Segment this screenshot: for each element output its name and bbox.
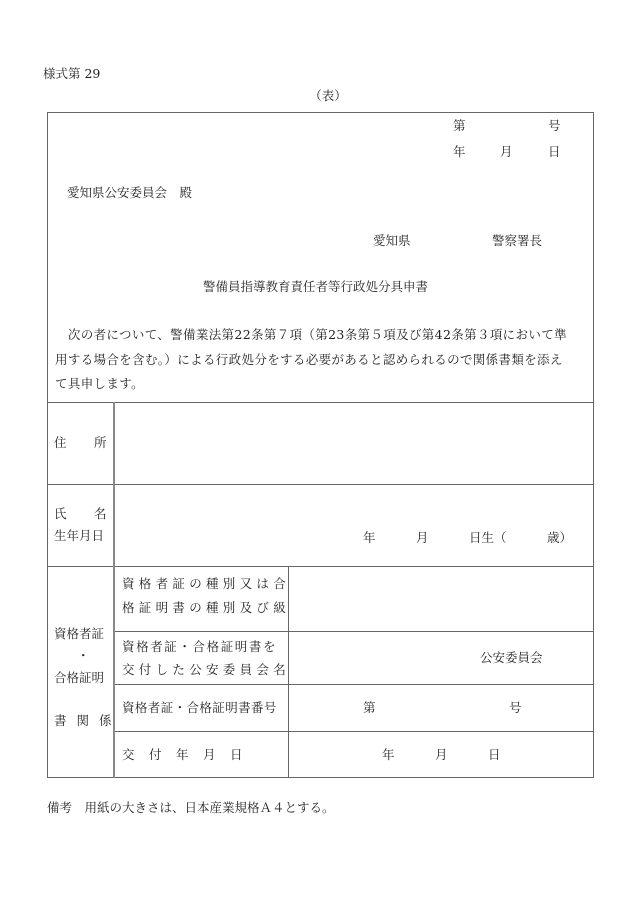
addressee: 愛知県公安委員会 殿 (67, 187, 192, 200)
cert-type-label-line1: 資格者証の種別又は合 (122, 578, 290, 591)
birth-label: 生年月日 (54, 530, 104, 543)
address-field[interactable] (116, 404, 592, 483)
issuer-value[interactable]: 公安委員会 (480, 652, 543, 665)
issue-date-year[interactable]: 年 (382, 749, 395, 762)
birth-month: 月 (416, 532, 429, 545)
form-id: 様式第 29 (43, 64, 100, 82)
number-prefix: 第 (453, 120, 466, 133)
date-day: 日 (548, 146, 561, 159)
address-label-2: 所 (94, 437, 107, 450)
cert-group-label-2: ・ (77, 650, 90, 663)
issuer-label-line2: 交付した公安委員会名 (122, 664, 290, 677)
divider-cert-row-2 (114, 684, 594, 685)
cert-group-label-3: 合格証明 (54, 672, 104, 685)
issue-date-day[interactable]: 日 (488, 749, 501, 762)
issue-date-label: 交 付 年 月 日 (122, 749, 244, 762)
sender-prefecture: 愛知県 (373, 235, 411, 248)
sender-title: 警察署長 (492, 235, 542, 248)
side-label: （表） (0, 86, 630, 104)
document-title: 警備員指導教育責任者等行政処分具申書 (203, 281, 428, 294)
footer-note: 備考 用紙の大きさは、日本産業規格Ａ４とする。 (47, 798, 335, 816)
issuer-label-line1: 資格者証・合格証明書を (122, 641, 277, 654)
cert-group-label-4: 書 関 係 (54, 715, 114, 728)
body-paragraph: 次の者について、警備業法第22条第７項（第23条第５項及び第42条第３項において… (55, 323, 590, 397)
address-label-1: 住 (54, 437, 67, 450)
divider-top-section (47, 402, 594, 403)
date-month: 月 (500, 146, 513, 159)
name-field[interactable] (116, 486, 592, 526)
cert-type-field[interactable] (290, 568, 592, 630)
issue-date-month[interactable]: 月 (435, 749, 448, 762)
cert-number-label: 資格者証・合格証明書番号 (122, 702, 277, 715)
divider-cert-row-3 (114, 731, 594, 732)
birth-year: 年 (363, 532, 376, 545)
body-line: て具申します。 (55, 372, 590, 397)
divider-address-row (47, 484, 594, 485)
body-line: 用する場合を含む。）による行政処分をする必要があると認められるので関係書類を添え (55, 348, 590, 373)
date-year: 年 (453, 146, 466, 159)
cert-number-suffix: 号 (509, 702, 522, 715)
divider-name-row (47, 566, 594, 567)
birth-age: 歳） (547, 532, 572, 545)
birth-day: 日生（ (469, 532, 507, 545)
cert-group-label-1: 資格者証 (54, 628, 104, 641)
name-label-2: 名 (94, 508, 107, 521)
body-line: 次の者について、警備業法第22条第７項（第23条第５項及び第42条第３項において… (55, 323, 590, 348)
cert-type-label-line2: 格証明書の種別及び級 (122, 602, 290, 615)
cert-number-prefix[interactable]: 第 (363, 702, 376, 715)
divider-cert-row-1 (114, 631, 594, 632)
number-suffix: 号 (548, 120, 561, 133)
name-label-1: 氏 (54, 508, 67, 521)
